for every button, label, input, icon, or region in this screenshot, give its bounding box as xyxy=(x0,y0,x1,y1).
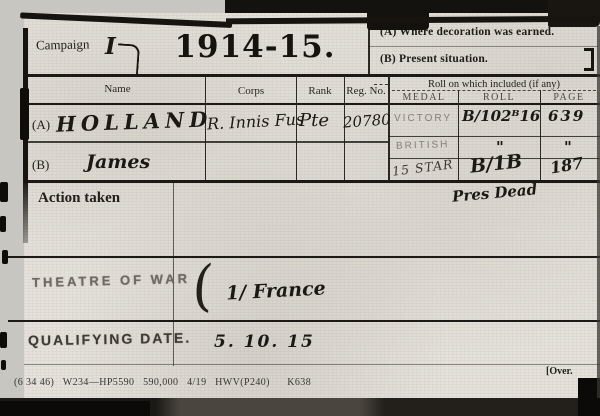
note-divider-line xyxy=(368,46,598,47)
scanner-black-tab xyxy=(367,0,429,30)
roll-group-underline xyxy=(392,89,596,91)
reg-no-handwritten: 20780 xyxy=(342,110,391,131)
qualifying-bottom-rule xyxy=(24,364,600,365)
forename-handwritten: James xyxy=(86,151,150,173)
qualifying-date-stamp: QUALIFYING DATE. xyxy=(28,330,191,349)
theatre-bottom-rule xyxy=(8,320,600,322)
action-taken-label: Action taken xyxy=(38,190,120,207)
qualifying-date-value: 5. 10. 15 xyxy=(214,332,315,352)
header-bottom-rule xyxy=(24,74,600,77)
campaign-mark-handwritten: I xyxy=(105,33,116,60)
column-header-corps: Corps xyxy=(207,85,295,97)
scan-blob xyxy=(0,332,7,348)
scan-blob xyxy=(1,360,6,370)
column-header-rank: Rank xyxy=(297,85,343,97)
row-b-label: (B) xyxy=(32,157,49,173)
row-a-label: (A) xyxy=(32,117,50,133)
note-b: (B) Present situation. xyxy=(380,53,488,65)
medal-index-card-scan: Campaign I 1914-15. (A) Where decoration… xyxy=(0,0,600,416)
bracket-mark xyxy=(584,48,594,71)
scanner-corner-blob xyxy=(548,0,600,27)
campaign-title: 1914-15. xyxy=(140,29,370,65)
row-a-bottom-rule xyxy=(24,141,388,143)
medal-row-british-label: BRITISH xyxy=(396,139,450,152)
card-left-edge-heavy xyxy=(20,88,29,140)
leader-dashes xyxy=(374,84,388,85)
medal-row-1-rule xyxy=(388,136,600,137)
medal-row-british-page-ditto: " xyxy=(564,138,572,156)
medal-row-victory-label: VICTORY xyxy=(394,113,452,124)
action-taken-bottom-rule xyxy=(8,256,600,258)
table-header-rule xyxy=(24,103,600,105)
scanner-bottom-left-blob xyxy=(0,401,150,416)
column-header-reg-no: Reg. No. xyxy=(343,85,389,97)
campaign-flourish-mark xyxy=(116,43,140,76)
column-header-name: Name xyxy=(30,83,205,95)
scan-blob xyxy=(0,182,8,202)
scan-blob xyxy=(0,216,6,232)
campaign-label: Campaign xyxy=(36,37,90,54)
over-label: [Over. xyxy=(546,366,573,377)
medal-row-victory-page: 639 xyxy=(548,107,585,125)
printer-code: (6 34 46) W234—HP5590 590,000 4/19 HWV(P… xyxy=(14,377,311,388)
medal-row-victory-roll: B/102ᴮ16 xyxy=(462,107,540,125)
scan-blob xyxy=(2,250,8,264)
rank-handwritten: Pte xyxy=(299,110,329,131)
